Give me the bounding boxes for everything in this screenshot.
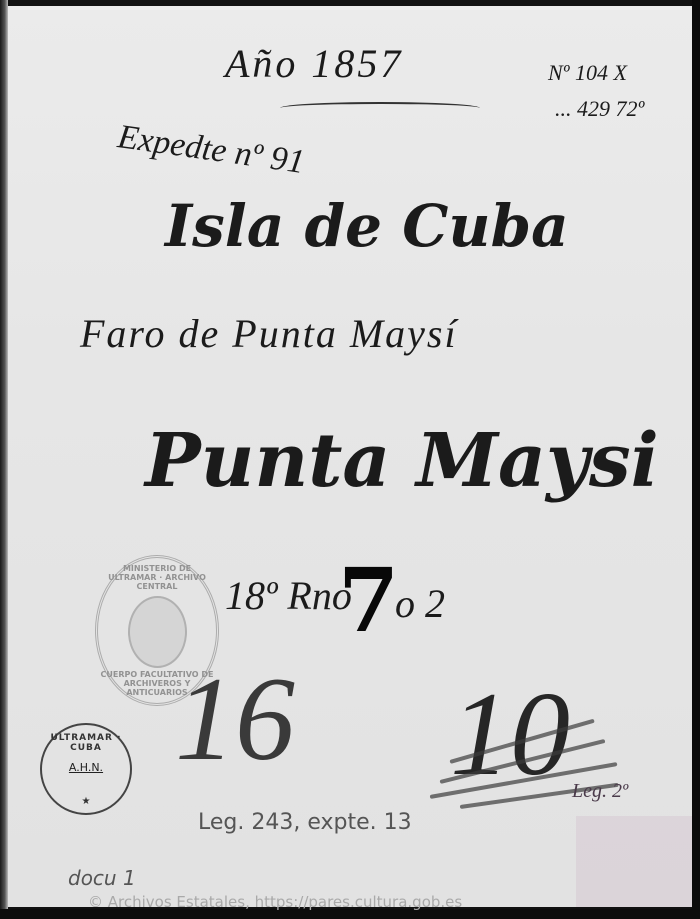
scan-right-edge: [692, 0, 700, 919]
paper-stain: [576, 816, 692, 907]
large-number: 16: [175, 650, 295, 788]
seal-text-top: MINISTERIO DE ULTRAMAR · ARCHIVO CENTRAL: [98, 564, 216, 591]
file-number-prefix: 18º Rno: [225, 572, 352, 619]
crossed-note: Leg. 2º: [572, 780, 628, 803]
document-title: Isla de Cuba: [165, 192, 569, 260]
reference-number-1: Nº 104 X: [548, 60, 627, 86]
flourish-underline: [280, 102, 480, 114]
ahn-stamp: ULTRAMAR · CUBA A.H.N. ★: [40, 723, 132, 815]
copyright-watermark: © Archivos Estatales, https://pares.cult…: [88, 893, 462, 911]
reference-number-2: ... 429 72º: [555, 96, 644, 122]
ahn-ring-text: ULTRAMAR · CUBA: [42, 733, 130, 753]
legajo-note: Leg. 243, expte. 13: [198, 810, 412, 835]
scan-left-edge: [0, 0, 8, 919]
document-subtitle: Faro de Punta Maysí: [80, 310, 458, 357]
star-icon: ★: [42, 796, 130, 807]
file-number-suffix: o 2: [395, 580, 445, 627]
file-number-big: 7: [338, 548, 399, 652]
docu-note: docu 1: [68, 866, 136, 890]
place-name: Punta Maysi: [145, 418, 659, 504]
year-label: Año 1857: [225, 40, 403, 87]
ahn-center-text: A.H.N.: [42, 761, 130, 774]
